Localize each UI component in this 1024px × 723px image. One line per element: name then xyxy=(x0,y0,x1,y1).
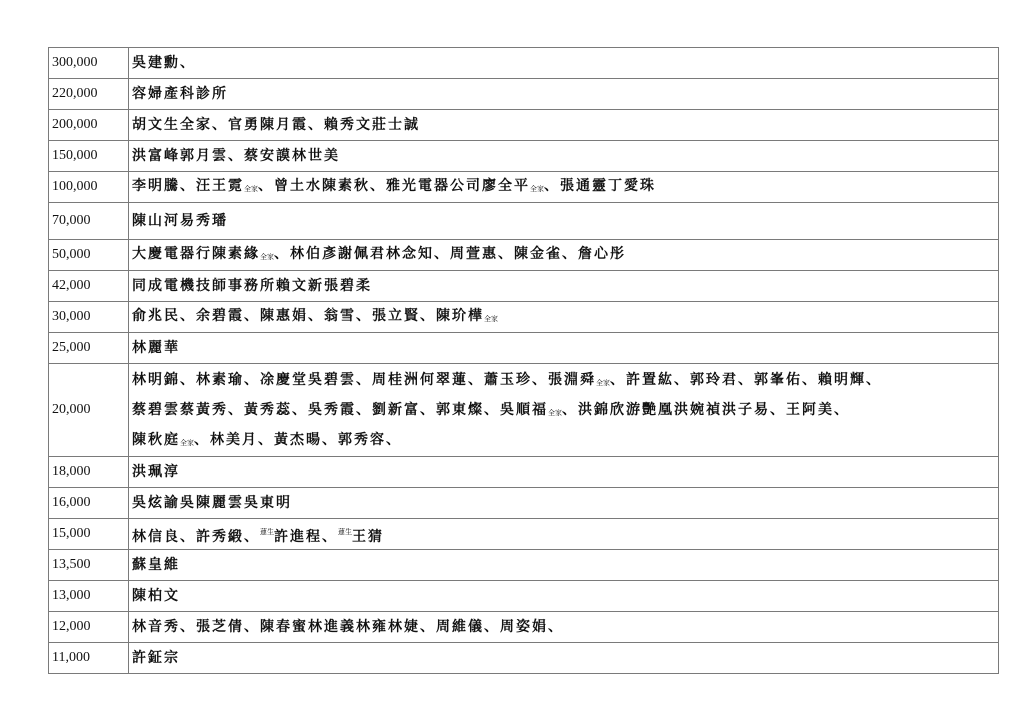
donor-names-cell: 林明錦、林素瑜、凃慶堂吳碧雲、周桂洲何翠蓮、蕭玉珍、張淵舜全家、許置紘、郭玲君、… xyxy=(129,364,999,457)
donor-names-text: 胡文生全家、官勇陳月霞、賴秀文莊士誠 xyxy=(132,117,420,133)
donor-names-cell: 容婦產科診所 xyxy=(129,79,999,110)
donor-names-cell: 林音秀、張芝倩、陳春蜜林進義林雍林婕、周維儀、周姿娟、 xyxy=(129,612,999,643)
whole-family-annotation: 全家 xyxy=(596,379,610,387)
donor-names-text: 李明騰、汪王霓 xyxy=(132,178,244,194)
amount-cell: 42,000 xyxy=(49,271,129,302)
amount-cell: 11,000 xyxy=(49,643,129,674)
table-row: 50,000大慶電器行陳素緣全家、林伯彥謝佩君林念知、周萱惠、陳金雀、詹心彤 xyxy=(49,240,999,271)
donor-names-cell: 胡文生全家、官勇陳月霞、賴秀文莊士誠 xyxy=(129,110,999,141)
whole-family-annotation: 全家 xyxy=(484,315,498,323)
donor-names-text: 洪珮淳 xyxy=(132,464,180,480)
donor-names-text: 吳炫諭吳陳麗雲吳東明 xyxy=(132,495,292,511)
donor-names-text: 同成電機技師事務所賴文新張碧柔 xyxy=(132,278,372,294)
table-row: 200,000胡文生全家、官勇陳月霞、賴秀文莊士誠 xyxy=(49,110,999,141)
table-row: 70,000陳山河易秀璠 xyxy=(49,203,999,240)
table-row: 220,000容婦產科診所 xyxy=(49,79,999,110)
donor-names-text: 林信良、許秀緞、 xyxy=(132,529,260,545)
table-row: 30,000俞兆民、余碧霞、陳惠娟、翁雪、張立賢、陳玠樺全家 xyxy=(49,302,999,333)
donor-names-line: 陳山河易秀璠 xyxy=(132,213,228,229)
whole-family-annotation: 全家 xyxy=(260,253,274,261)
whole-family-annotation: 全家 xyxy=(530,185,544,193)
amount-cell: 50,000 xyxy=(49,240,129,271)
donor-names-line: 陳秋庭全家、林美月、黃杰暘、郭秀容、 xyxy=(132,425,998,455)
donor-names-text: 林明錦、林素瑜、凃慶堂吳碧雲、周桂洲何翠蓮、蕭玉珍、張淵舜 xyxy=(132,372,596,388)
amount-cell: 13,000 xyxy=(49,581,129,612)
donor-names-text: 、林伯彥謝佩君林念知、周萱惠、陳金雀、詹心彤 xyxy=(274,246,626,262)
donor-names-cell: 俞兆民、余碧霞、陳惠娟、翁雪、張立賢、陳玠樺全家 xyxy=(129,302,999,333)
donor-names-line: 吳炫諭吳陳麗雲吳東明 xyxy=(132,495,292,511)
amount-cell: 12,000 xyxy=(49,612,129,643)
amount-cell: 13,500 xyxy=(49,550,129,581)
donor-names-cell: 陳山河易秀璠 xyxy=(129,203,999,240)
donor-names-text: 許鉦宗 xyxy=(132,650,180,666)
donor-names-line: 蔡碧雲蔡黃秀、黃秀蕊、吳秀霞、劉新富、郭東燦、吳順福全家、洪錦欣游艷凰洪婉禎洪子… xyxy=(132,395,998,425)
donor-names-cell: 吳建勳、 xyxy=(129,48,999,79)
donor-names-text: 、林美月、黃杰暘、郭秀容、 xyxy=(194,432,402,448)
donor-names-text: 陳柏文 xyxy=(132,588,180,604)
table-row: 42,000同成電機技師事務所賴文新張碧柔 xyxy=(49,271,999,302)
table-row: 11,000許鉦宗 xyxy=(49,643,999,674)
donor-names-text: 蘇皇維 xyxy=(132,557,180,573)
table-row: 100,000李明騰、汪王霓全家、曾土水陳素秋、雅光電器公司廖全平全家、張通靈丁… xyxy=(49,172,999,203)
table-row: 13,500蘇皇維 xyxy=(49,550,999,581)
whole-family-annotation: 全家 xyxy=(244,185,258,193)
donor-names-text: 蔡碧雲蔡黃秀、黃秀蕊、吳秀霞、劉新富、郭東燦、吳順福 xyxy=(132,402,548,418)
donor-names-text: 、張通靈丁愛珠 xyxy=(544,178,656,194)
donor-names-line: 林信良、許秀緞、蓮生許進程、蓮生王猜 xyxy=(132,529,384,545)
donor-names-cell: 許鉦宗 xyxy=(129,643,999,674)
amount-cell: 18,000 xyxy=(49,457,129,488)
lotus-annotation: 蓮生 xyxy=(338,528,352,536)
donor-names-cell: 洪富峰郭月雲、蔡安謨林世美 xyxy=(129,141,999,172)
donor-names-text: 、曾土水陳素秋、雅光電器公司廖全平 xyxy=(258,178,530,194)
amount-cell: 200,000 xyxy=(49,110,129,141)
table-row: 18,000洪珮淳 xyxy=(49,457,999,488)
donor-names-line: 胡文生全家、官勇陳月霞、賴秀文莊士誠 xyxy=(132,117,420,133)
donation-table: 300,000吳建勳、220,000容婦產科診所200,000胡文生全家、官勇陳… xyxy=(48,47,999,674)
donor-names-line: 容婦產科診所 xyxy=(132,86,228,102)
donor-names-line: 俞兆民、余碧霞、陳惠娟、翁雪、張立賢、陳玠樺全家 xyxy=(132,308,498,324)
table-row: 25,000林麗華 xyxy=(49,333,999,364)
donor-names-cell: 大慶電器行陳素緣全家、林伯彥謝佩君林念知、周萱惠、陳金雀、詹心彤 xyxy=(129,240,999,271)
table-row: 300,000吳建勳、 xyxy=(49,48,999,79)
donor-names-text: 大慶電器行陳素緣 xyxy=(132,246,260,262)
donor-names-cell: 洪珮淳 xyxy=(129,457,999,488)
donor-names-line: 林音秀、張芝倩、陳春蜜林進義林雍林婕、周維儀、周姿娟、 xyxy=(132,619,564,635)
table-row: 13,000陳柏文 xyxy=(49,581,999,612)
donor-names-cell: 陳柏文 xyxy=(129,581,999,612)
donor-names-text: 王猜 xyxy=(352,529,384,545)
table-row: 150,000洪富峰郭月雲、蔡安謨林世美 xyxy=(49,141,999,172)
donor-names-cell: 同成電機技師事務所賴文新張碧柔 xyxy=(129,271,999,302)
donor-names-line: 蘇皇維 xyxy=(132,557,180,573)
table-row: 16,000吳炫諭吳陳麗雲吳東明 xyxy=(49,488,999,519)
table-row: 20,000林明錦、林素瑜、凃慶堂吳碧雲、周桂洲何翠蓮、蕭玉珍、張淵舜全家、許置… xyxy=(49,364,999,457)
donor-names-text: 容婦產科診所 xyxy=(132,86,228,102)
donor-names-text: 許進程、 xyxy=(274,529,338,545)
donor-names-line: 洪珮淳 xyxy=(132,464,180,480)
amount-cell: 20,000 xyxy=(49,364,129,457)
donor-names-text: 吳建勳、 xyxy=(132,55,196,71)
donor-names-cell: 吳炫諭吳陳麗雲吳東明 xyxy=(129,488,999,519)
donor-names-line: 洪富峰郭月雲、蔡安謨林世美 xyxy=(132,148,340,164)
amount-cell: 220,000 xyxy=(49,79,129,110)
amount-cell: 300,000 xyxy=(49,48,129,79)
table-row: 15,000林信良、許秀緞、蓮生許進程、蓮生王猜 xyxy=(49,519,999,550)
amount-cell: 25,000 xyxy=(49,333,129,364)
donor-names-text: 洪富峰郭月雲、蔡安謨林世美 xyxy=(132,148,340,164)
amount-cell: 150,000 xyxy=(49,141,129,172)
donor-names-line: 林明錦、林素瑜、凃慶堂吳碧雲、周桂洲何翠蓮、蕭玉珍、張淵舜全家、許置紘、郭玲君、… xyxy=(132,365,998,395)
donor-names-line: 同成電機技師事務所賴文新張碧柔 xyxy=(132,278,372,294)
donor-names-line: 吳建勳、 xyxy=(132,55,196,71)
whole-family-annotation: 全家 xyxy=(180,439,194,447)
donor-names-text: 陳秋庭 xyxy=(132,432,180,448)
donation-table-body: 300,000吳建勳、220,000容婦產科診所200,000胡文生全家、官勇陳… xyxy=(49,48,999,674)
donor-names-text: 陳山河易秀璠 xyxy=(132,213,228,229)
donor-names-line: 李明騰、汪王霓全家、曾土水陳素秋、雅光電器公司廖全平全家、張通靈丁愛珠 xyxy=(132,178,656,194)
amount-cell: 15,000 xyxy=(49,519,129,550)
amount-cell: 100,000 xyxy=(49,172,129,203)
table-row: 12,000林音秀、張芝倩、陳春蜜林進義林雍林婕、周維儀、周姿娟、 xyxy=(49,612,999,643)
lotus-annotation: 蓮生 xyxy=(260,528,274,536)
whole-family-annotation: 全家 xyxy=(548,409,562,417)
donor-names-cell: 蘇皇維 xyxy=(129,550,999,581)
donor-names-line: 陳柏文 xyxy=(132,588,180,604)
donor-names-cell: 林麗華 xyxy=(129,333,999,364)
donor-names-cell: 林信良、許秀緞、蓮生許進程、蓮生王猜 xyxy=(129,519,999,550)
donor-names-text: 、許置紘、郭玲君、郭峯佑、賴明輝、 xyxy=(610,372,882,388)
donor-names-text: 俞兆民、余碧霞、陳惠娟、翁雪、張立賢、陳玠樺 xyxy=(132,308,484,324)
donor-names-text: 林麗華 xyxy=(132,340,180,356)
donor-names-text: 林音秀、張芝倩、陳春蜜林進義林雍林婕、周維儀、周姿娟、 xyxy=(132,619,564,635)
amount-cell: 70,000 xyxy=(49,203,129,240)
donor-names-line: 大慶電器行陳素緣全家、林伯彥謝佩君林念知、周萱惠、陳金雀、詹心彤 xyxy=(132,246,626,262)
donor-names-text: 、洪錦欣游艷凰洪婉禎洪子易、王阿美、 xyxy=(562,402,850,418)
donor-names-line: 林麗華 xyxy=(132,340,180,356)
donor-names-cell: 李明騰、汪王霓全家、曾土水陳素秋、雅光電器公司廖全平全家、張通靈丁愛珠 xyxy=(129,172,999,203)
amount-cell: 30,000 xyxy=(49,302,129,333)
amount-cell: 16,000 xyxy=(49,488,129,519)
donor-names-line: 許鉦宗 xyxy=(132,650,180,666)
